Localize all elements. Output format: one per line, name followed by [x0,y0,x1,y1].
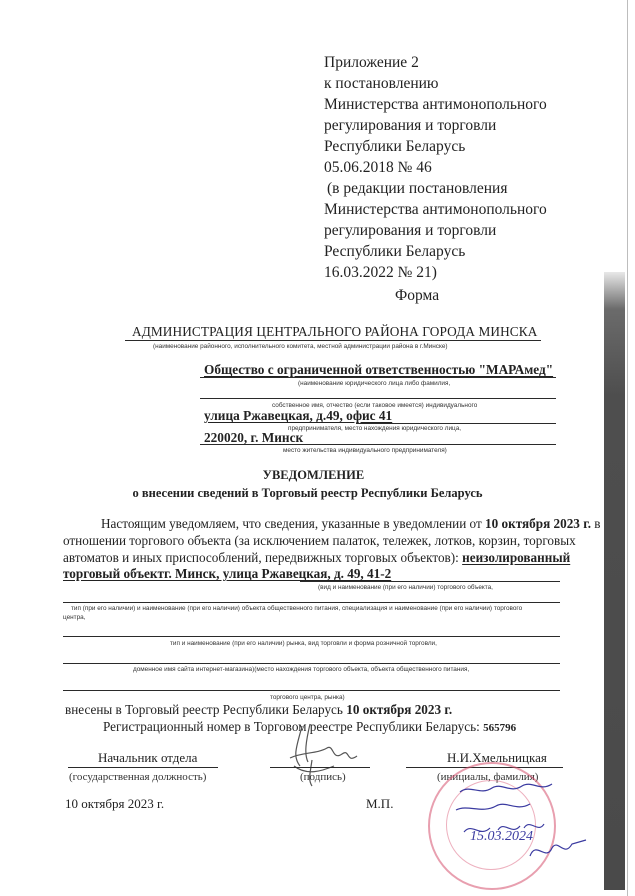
applicant-caption-3: предпринимателя, место нахождения юридич… [288,425,461,432]
city-underline [200,444,556,445]
appendix-line: (в редакции постановления [324,178,547,199]
object-caption: (вид и наименование (при его наличии) то… [318,584,493,591]
applicant-underline [200,377,556,378]
market-caption: тип и наименование (при его наличии) рын… [170,640,437,647]
applicant-underline-2 [200,398,556,399]
notice-title: УВЕДОМЛЕНИЕ [0,468,631,483]
appendix-line: Министерства антимонопольного [324,199,547,220]
entered-text: внесены в Торговый реестр Республики Бел… [65,702,346,717]
signature-caption: (подпись) [300,771,346,783]
object-underline [300,581,560,582]
paragraph-text: в [591,516,601,531]
paragraph-line-2: отношении торгового объекта (за исключен… [63,533,576,549]
market-line [63,636,560,637]
document-date: 10 октября 2023 г. [65,796,164,812]
authority-underline [125,340,541,341]
paragraph-line-1: Настоящим уведомляем, что сведения, указ… [101,516,601,532]
object-type: неизолированный [462,550,570,565]
center-line [63,690,560,691]
form-label: Форма [395,287,439,305]
appendix-line: Республики Беларусь [324,136,547,157]
object-description: торговый объектг. Минск, улица Ржавецкая… [63,566,391,582]
handwritten-date: 15.03.2024 [470,829,533,844]
authority-name: АДМИНИСТРАЦИЯ ЦЕНТРАЛЬНОГО РАЙОНА ГОРОДА… [132,324,537,340]
center-caption: торгового центра, рынка) [270,694,345,701]
appendix-line: регулирования и торговли [324,115,547,136]
appendix-line: Приложение 2 [324,52,547,73]
appendix-line: Республики Беларусь [324,241,547,262]
signature-underline [270,767,370,768]
handwritten-note-icon: 15.03.2024 [440,770,590,880]
notice-date: 10 октября 2023 г. [485,516,591,531]
applicant-caption-1: (наименование юридического лица либо фам… [298,380,450,387]
applicant-address: улица Ржавецкая, д.49, офис 41 [204,408,392,424]
official-position: Начальник отдела [98,750,197,766]
position-underline [68,767,218,768]
domain-caption: доменное имя сайта интернет-магазина)(ме… [133,666,469,673]
applicant-name: Общество с ограниченной ответственностью… [204,362,553,378]
appendix-line: 05.06.2018 № 46 [324,157,547,178]
address-underline [356,423,556,424]
paragraph-text: автоматов и иных приспособлений, передви… [63,550,462,565]
scan-edge-shadow [604,272,625,890]
entered-date: 10 октября 2023 г. [346,702,452,717]
catering-line [63,602,560,603]
notice-subtitle: о внесении сведений в Торговый реестр Ре… [0,486,625,501]
applicant-caption-4: место жительства индивидуального предпри… [283,447,447,454]
appendix-header: Приложение 2 к постановлению Министерств… [324,52,547,283]
registration-number: 565796 [483,722,516,734]
authority-caption: (наименование районного, исполнительного… [153,343,448,350]
appendix-line: 16.03.2022 № 21) [324,262,547,283]
catering-caption-2: центра, [63,614,85,621]
appendix-line: к постановлению [324,73,547,94]
domain-line [63,663,560,664]
paragraph-line-3: автоматов и иных приспособлений, передви… [63,550,570,566]
scan-edge-line [627,0,628,896]
position-caption: (государственная должность) [69,771,206,783]
appendix-line: регулирования и торговли [324,220,547,241]
entered-line: внесены в Торговый реестр Республики Бел… [65,702,452,718]
catering-caption: тип (при его наличии) и наименование (пр… [71,605,522,612]
seal-label: М.П. [366,796,393,812]
appendix-line: Министерства антимонопольного [324,94,547,115]
paragraph-text: Настоящим уведомляем, что сведения, указ… [101,516,485,531]
